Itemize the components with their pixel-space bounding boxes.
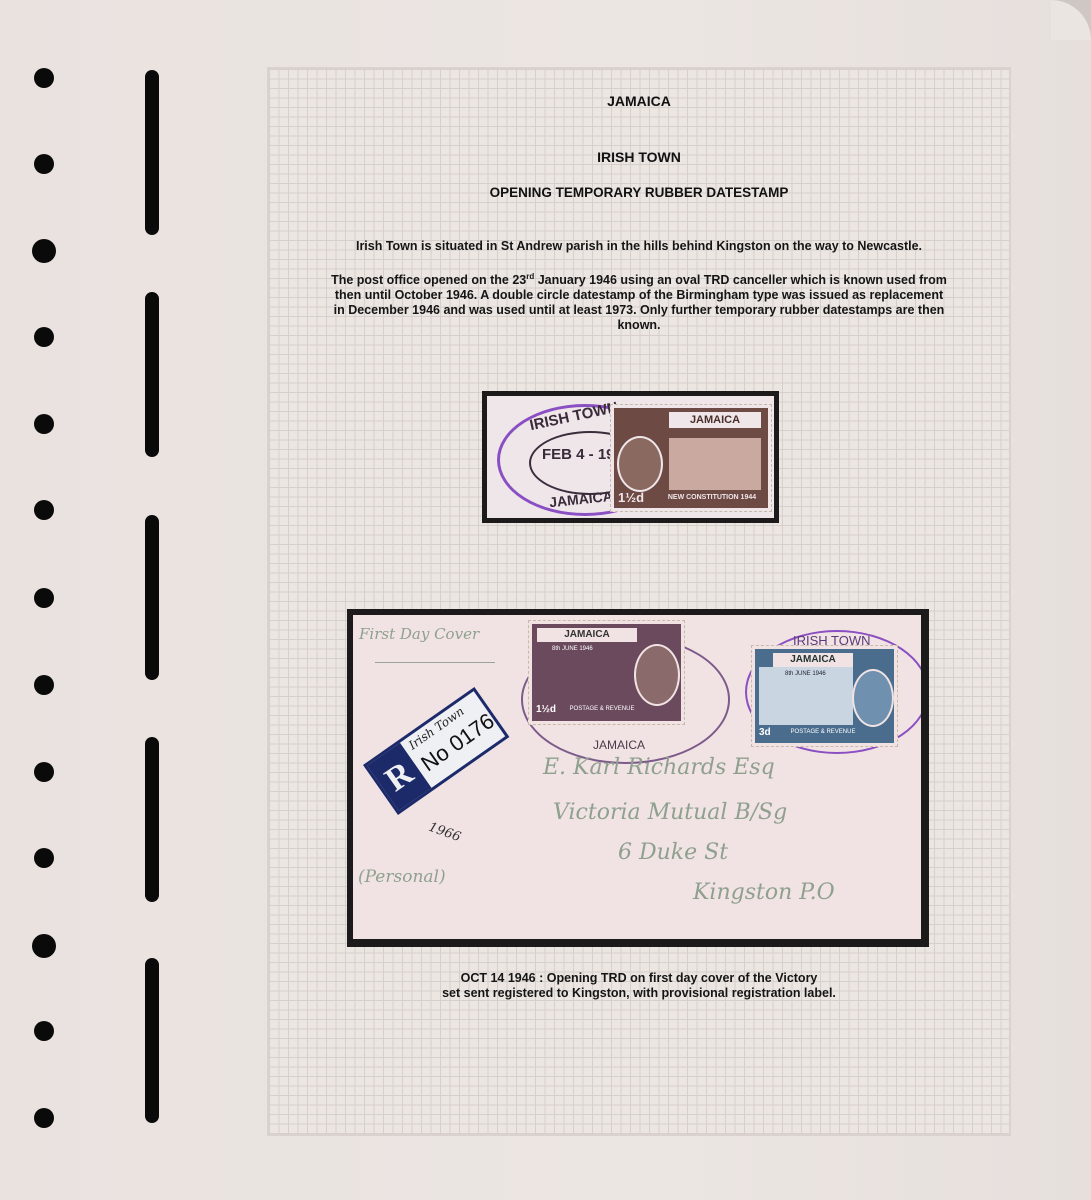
punch-hole: [34, 327, 54, 347]
stamp-victory-1-5d: JAMAICA 8th JUNE 1946 1½d POSTAGE & REVE…: [528, 620, 685, 725]
stamp-date: 8th JUNE 1946: [552, 646, 593, 652]
punch-hole: [34, 848, 54, 868]
punch-hole: [34, 1021, 54, 1041]
intro-paragraph: Irish Town is situated in St Andrew pari…: [269, 239, 1009, 254]
page-corner: [1051, 0, 1091, 40]
year-note: 1966: [426, 820, 462, 845]
king-portrait-icon: [852, 669, 894, 727]
binder-slot: [145, 70, 159, 235]
punch-hole: [34, 588, 54, 608]
courthouse-vignette: [669, 438, 761, 490]
cover-postmark-bottom: JAMAICA: [593, 738, 645, 752]
page-subtitle: OPENING TEMPORARY RUBBER DATESTAMP: [269, 185, 1009, 200]
country-heading: JAMAICA: [269, 93, 1009, 109]
stamp-date: 8th JUNE 1946: [785, 671, 826, 677]
punch-hole: [34, 500, 54, 520]
stamp-country: JAMAICA: [773, 653, 853, 667]
address-line-1: E. Karl Richards Esq: [543, 755, 775, 780]
punch-hole: [34, 762, 54, 782]
stamp-on-piece-mount: IRISH TOWN FEB 4 - 1946 JAMAICA JAMAICA …: [482, 391, 779, 523]
punch-hole: [34, 675, 54, 695]
stamp-new-constitution: JAMAICA 1½d NEW CONSTITUTION 1944: [610, 404, 772, 512]
stamp-caption: POSTAGE & REVENUE: [783, 729, 863, 735]
address-line-3: 6 Duke St: [618, 840, 728, 865]
binder-slot: [145, 737, 159, 902]
punch-hole: [34, 154, 54, 174]
album-sheet: JAMAICA IRISH TOWN OPENING TEMPORARY RUB…: [0, 0, 1091, 1200]
stamp-country: JAMAICA: [669, 412, 761, 428]
address-line-2: Victoria Mutual B/Sg: [553, 800, 787, 825]
punch-hole: [32, 934, 56, 958]
stamp-value: 1½d: [536, 704, 556, 715]
page-title: IRISH TOWN: [269, 149, 1009, 165]
address-line-4: Kingston P.O: [693, 880, 835, 905]
history-text: The post office opened on the 23: [331, 273, 526, 287]
punch-hole: [34, 414, 54, 434]
binder-slot: [145, 292, 159, 457]
binder-slot: [145, 958, 159, 1123]
registration-label: R Irish Town No 0176: [363, 687, 509, 815]
king-portrait-icon: [634, 644, 680, 706]
stamp-on-piece: IRISH TOWN FEB 4 - 1946 JAMAICA JAMAICA …: [487, 396, 774, 518]
stamp-victory-3d: JAMAICA 8th JUNE 1946 3d POSTAGE & REVEN…: [751, 645, 898, 747]
punch-hole: [34, 68, 54, 88]
stamp-value: 1½d: [618, 490, 644, 505]
album-page: JAMAICA IRISH TOWN OPENING TEMPORARY RUB…: [267, 67, 1011, 1136]
cover-caption-line-2: set sent registered to Kingston, with pr…: [269, 986, 1009, 1001]
cover-mount: First Day Cover R Irish Town No 0176 JAM…: [347, 609, 929, 947]
cover-caption-line-1: OCT 14 1946 : Opening TRD on first day c…: [269, 971, 1009, 986]
annotation-first-day-cover: First Day Cover: [359, 625, 479, 643]
king-portrait-icon: [617, 436, 663, 492]
annotation-underline: [375, 662, 495, 663]
punch-hole: [34, 1108, 54, 1128]
punch-hole: [32, 239, 56, 263]
history-paragraph: The post office opened on the 23rd Janua…: [329, 269, 949, 333]
stamp-country: JAMAICA: [537, 628, 637, 642]
stamp-caption: NEW CONSTITUTION 1944: [656, 494, 768, 501]
binder-slot: [145, 515, 159, 680]
first-day-cover: First Day Cover R Irish Town No 0176 JAM…: [353, 615, 921, 939]
stamp-caption: POSTAGE & REVENUE: [562, 706, 642, 712]
stamp-value: 3d: [759, 727, 771, 738]
personal-note: (Personal): [358, 867, 446, 887]
